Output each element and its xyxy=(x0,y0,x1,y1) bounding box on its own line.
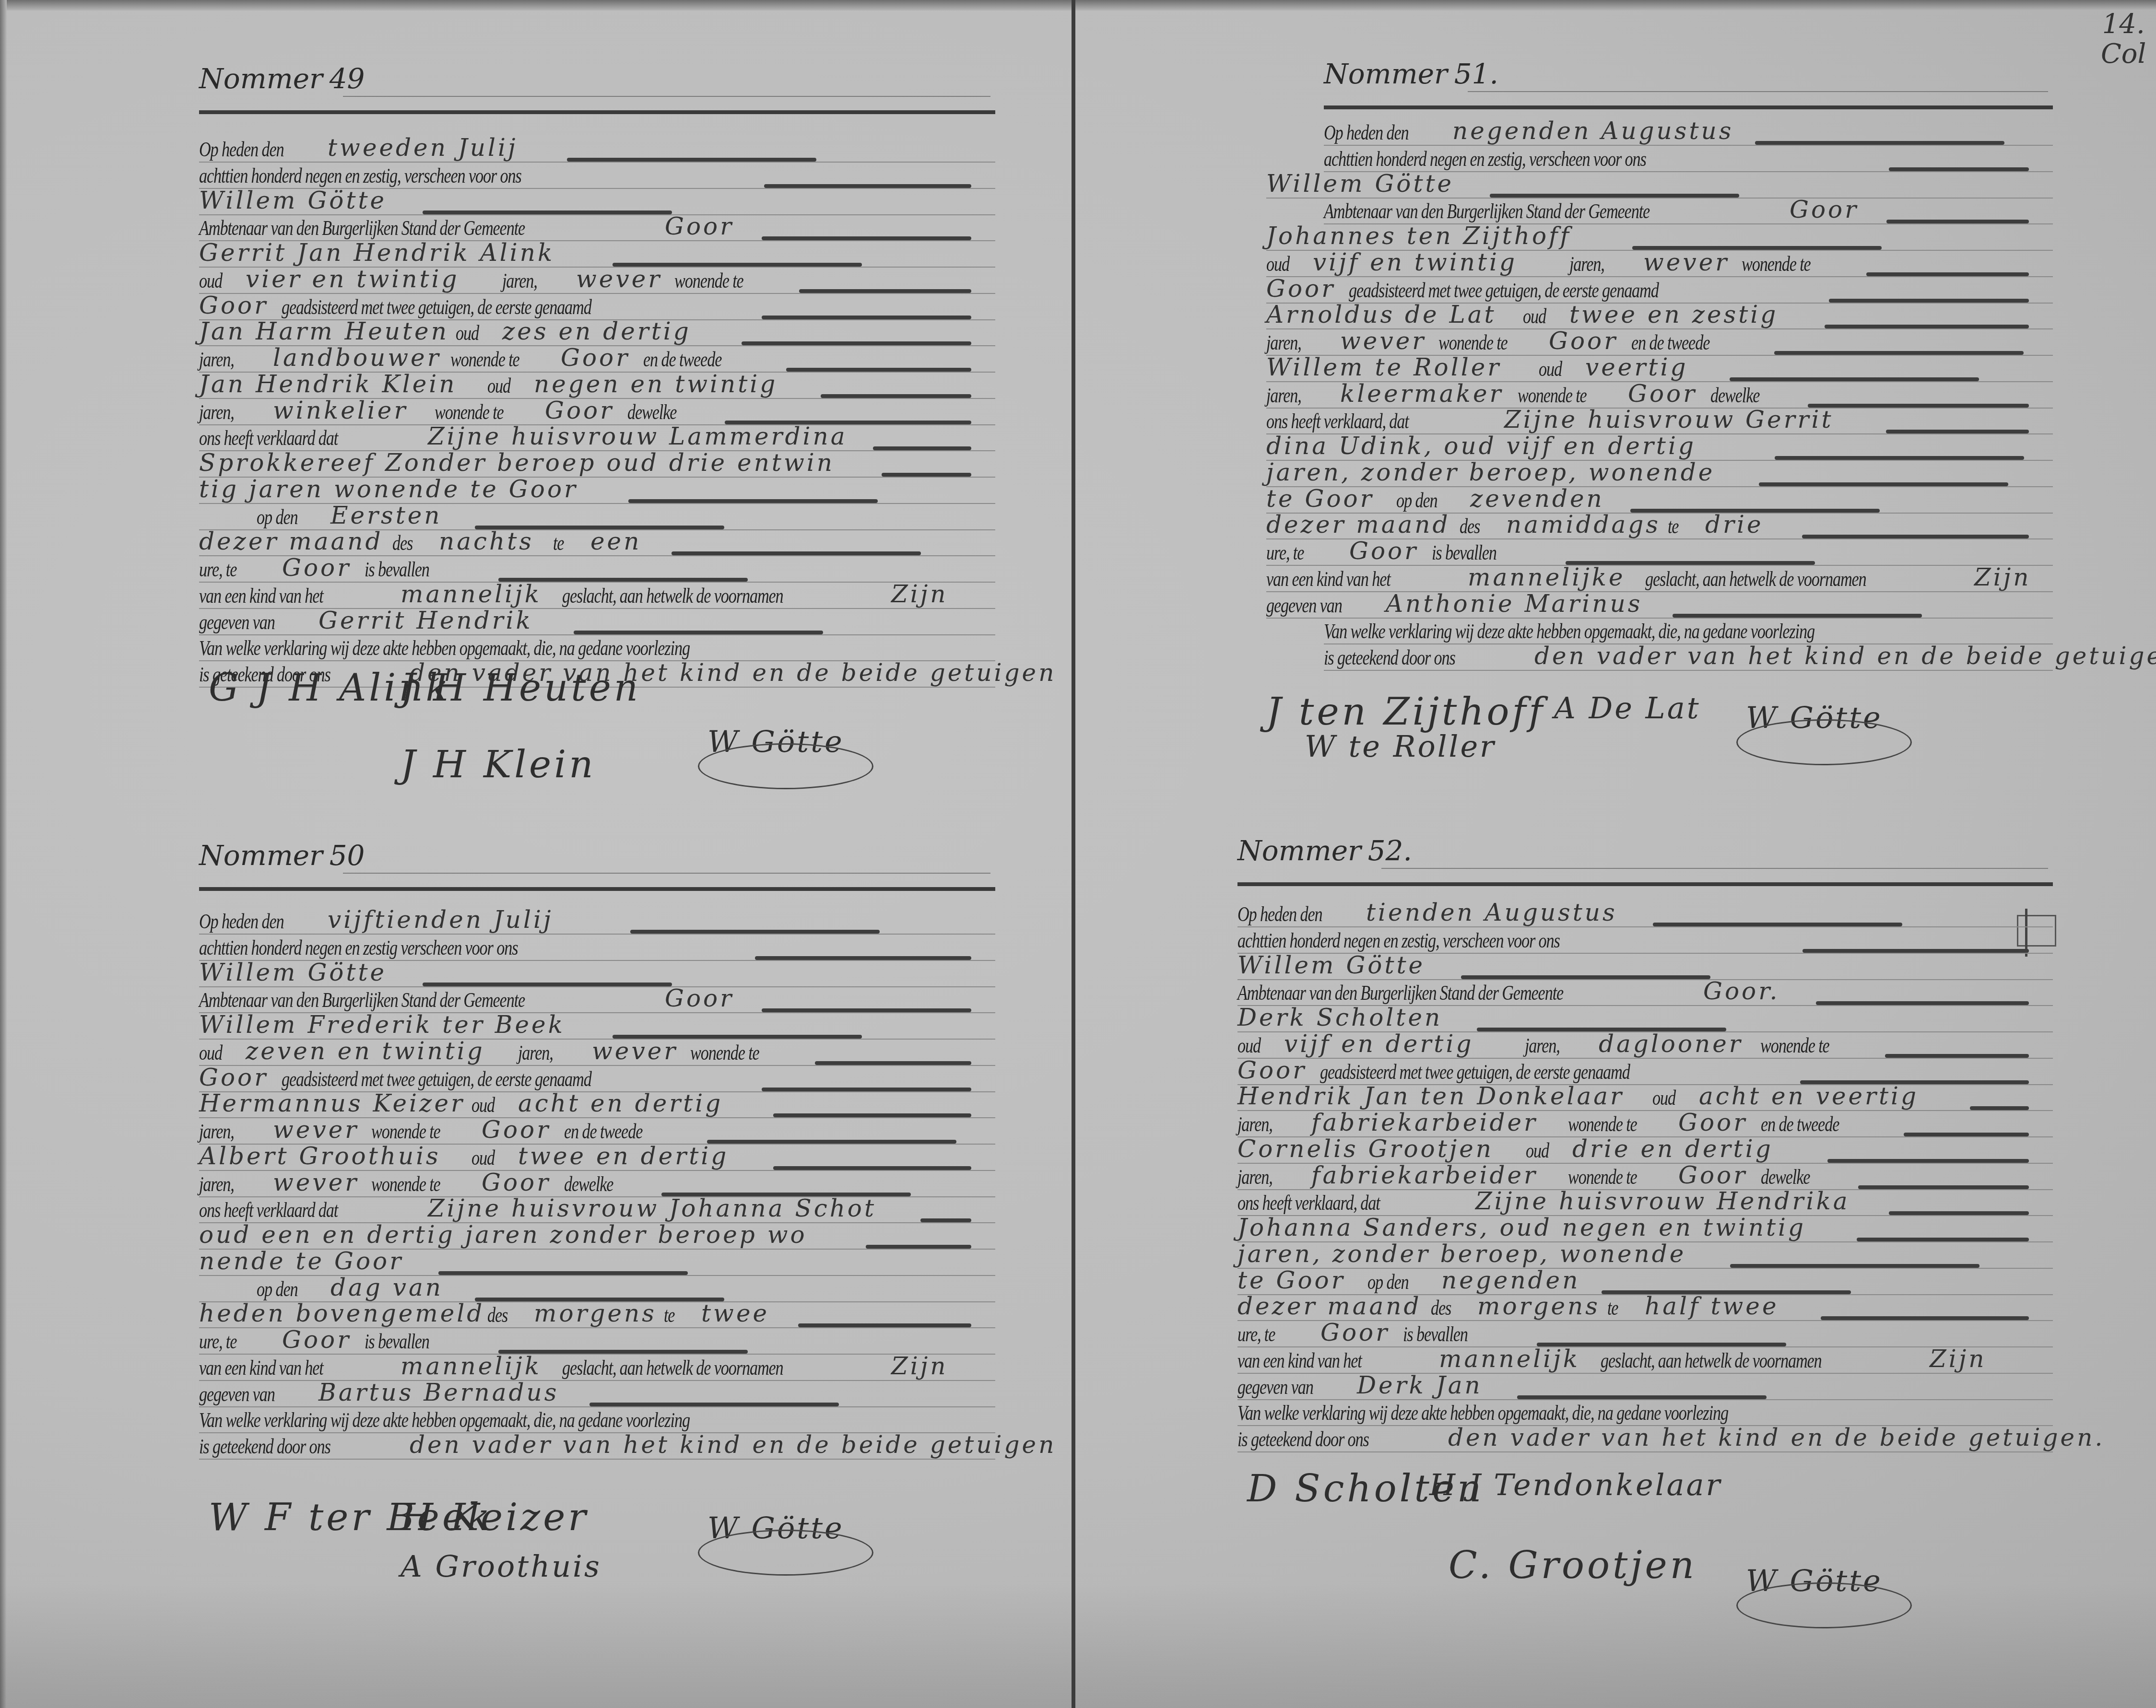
handwritten-text: Willem Frederik ter Beek xyxy=(199,1011,565,1039)
handwritten-text: wever xyxy=(273,1169,359,1196)
handwritten-text: vijftienden Julij xyxy=(328,906,554,934)
handwritten-text: Zijne huisvrouw Lammerdina xyxy=(428,422,847,450)
heading-label: Nommer xyxy=(1324,58,1448,90)
handwritten-text: zevenden xyxy=(1470,485,1604,513)
handwritten-text: Goor xyxy=(199,1064,268,1091)
handwritten-text: Cornelis Grootjen xyxy=(1237,1135,1494,1163)
register-line: is geteekend door onsden vader van het k… xyxy=(1237,1422,2053,1456)
heading-underline xyxy=(343,96,990,97)
heading-divider-rule xyxy=(199,887,995,891)
handwritten-text: Willem Götte xyxy=(199,959,387,986)
handwritten-text: namiddags xyxy=(1506,511,1661,538)
handwritten-text: Goor xyxy=(561,344,630,372)
handwritten-text: den vader van het kind en de beide getui… xyxy=(1534,642,2156,670)
record-heading: Nommer49 xyxy=(199,62,365,95)
handwritten-text: Gerrit Jan Hendrik Alink xyxy=(199,239,554,267)
handwritten-text: twee en zestig xyxy=(1569,301,1778,328)
handwritten-text: dezer maand xyxy=(1237,1292,1422,1320)
handwritten-text: winkelier xyxy=(273,397,408,424)
handwritten-text: negenden Augustus xyxy=(1452,117,1733,145)
heading-underline xyxy=(1468,91,2048,92)
left-edge-shadow xyxy=(0,0,7,1708)
handwritten-text: vijf en twintig xyxy=(1313,248,1517,276)
handwritten-text: jaren, zonder beroep, wonende xyxy=(1237,1240,1686,1268)
handwritten-text: dezer maand xyxy=(199,527,383,555)
heading-label: Nommer xyxy=(199,62,323,95)
heading-divider-rule xyxy=(1237,882,2053,886)
signature: A De Lat xyxy=(1554,690,1701,725)
handwritten-text: Eersten xyxy=(330,502,442,529)
top-edge-shadow xyxy=(0,0,2156,11)
handwritten-text: Goor xyxy=(1678,1161,1747,1189)
handwritten-text: Johanna Sanders, oud negen en twintig xyxy=(1237,1214,1806,1241)
signature-flourish xyxy=(698,743,873,789)
handwritten-text: mannelijk xyxy=(1439,1345,1580,1373)
register-spread: 14. Col Nommer49Op heden dentweeden Juli… xyxy=(0,0,2156,1708)
record-heading: Nommer50 xyxy=(199,839,365,872)
handwritten-text: mannelijke xyxy=(1468,563,1626,591)
ruled-line xyxy=(199,1459,995,1460)
handwritten-text: Willem te Roller xyxy=(1266,353,1501,381)
handwritten-text: half twee xyxy=(1645,1292,1779,1320)
handwritten-text: Goor xyxy=(1628,380,1697,408)
handwritten-text: Zijn xyxy=(1974,563,2031,591)
register-line: is geteekend door onsden vader van het k… xyxy=(199,1429,995,1463)
handwritten-text: twee en dertig xyxy=(518,1142,729,1170)
signature: J H Klein xyxy=(401,743,596,786)
handwritten-text: zes en dertig xyxy=(502,317,691,345)
handwritten-text: dag van xyxy=(330,1274,443,1301)
signature: J ten Zijthoff xyxy=(1266,690,1545,734)
heading-underline xyxy=(1381,868,2048,869)
handwritten-text: Anthonie Marinus xyxy=(1386,590,1642,618)
handwritten-text: Johannes ten Zijthoff xyxy=(1266,222,1571,250)
handwritten-text: veertig xyxy=(1585,353,1688,381)
handwritten-text: dezer maand xyxy=(1266,511,1450,538)
handwritten-text: Derk Scholten xyxy=(1237,1004,1442,1031)
handwritten-text: fabriekarbeider xyxy=(1311,1109,1538,1136)
handwritten-text: dina Udink, oud vijf en dertig xyxy=(1266,432,1696,460)
handwritten-text: negenden xyxy=(1441,1266,1580,1294)
record-heading: Nommer51. xyxy=(1324,58,1498,90)
handwritten-text: Goor xyxy=(1320,1319,1390,1346)
ruled-line xyxy=(1324,670,2053,671)
handwritten-text: Goor xyxy=(1678,1109,1747,1136)
handwritten-text: Derk Jan xyxy=(1357,1371,1483,1399)
handwritten-text: Jan Harm Heuten xyxy=(199,317,449,345)
handwritten-text: heden bovengemeld xyxy=(199,1299,484,1327)
heading-label: Nommer xyxy=(199,839,323,872)
handwritten-text: tienden Augustus xyxy=(1366,899,1617,926)
heading-divider-rule xyxy=(1324,105,2053,109)
handwritten-text: negen en twintig xyxy=(534,370,778,398)
handwritten-text: te Goor xyxy=(1237,1266,1345,1294)
register-line: is geteekend door onsden vader van het k… xyxy=(1324,640,2053,675)
handwritten-text: Goor xyxy=(1790,196,1859,223)
handwritten-text: Goor xyxy=(199,292,268,319)
signature-flourish xyxy=(698,1530,873,1576)
birth-record-51: Nommer51.Op heden dennegenden Augustusac… xyxy=(1237,43,2062,906)
handwritten-text: Goor xyxy=(1549,327,1618,355)
handwritten-text: drie xyxy=(1705,511,1764,538)
signature-flourish xyxy=(1736,1582,1912,1628)
column-mark: Col xyxy=(2101,39,2146,69)
handwritten-text: nachts xyxy=(439,527,534,555)
handwritten-text: Jan Hendrik Klein xyxy=(199,370,457,398)
handwritten-text: zeven en twintig xyxy=(246,1037,485,1065)
signature: C. Grootjen xyxy=(1449,1544,1697,1587)
signature: H Keizer xyxy=(401,1496,589,1539)
handwritten-text: jaren, zonder beroep, wonende xyxy=(1266,458,1715,486)
handwritten-text: acht en dertig xyxy=(518,1089,723,1117)
handwritten-text: Zijn xyxy=(1930,1345,1986,1373)
handwritten-text: landbouwer xyxy=(273,344,441,372)
handwritten-text: Sprokkereef Zonder beroep oud drie entwi… xyxy=(199,449,835,477)
handwritten-text: Hermannus Keizer xyxy=(199,1089,465,1117)
record-number: 52. xyxy=(1368,834,1412,867)
handwritten-text: nende te Goor xyxy=(199,1247,403,1275)
handwritten-text: een xyxy=(590,527,641,555)
page-gutter xyxy=(1072,0,1075,1708)
handwritten-text: Goor xyxy=(282,554,351,582)
handwritten-text: mannelijk xyxy=(401,580,542,608)
heading-label: Nommer xyxy=(1237,834,1361,867)
handwritten-text: Goor xyxy=(282,1326,351,1354)
handwritten-text: drie en dertig xyxy=(1572,1135,1773,1163)
handwritten-text: kleermaker xyxy=(1340,380,1503,408)
printed-text: is geteekend door ons xyxy=(1237,1427,1369,1451)
ruled-line xyxy=(1237,1451,2053,1452)
handwritten-text: Zijne huisvrouw Hendrika xyxy=(1475,1187,1850,1215)
handwritten-text: vier en twintig xyxy=(246,265,459,293)
birth-record-50: Nommer50Op heden denvijftienden Julijach… xyxy=(199,825,1005,1688)
handwritten-text: wever xyxy=(592,1037,678,1065)
handwritten-text: Goor xyxy=(482,1169,551,1196)
printed-text: is geteekend door ons xyxy=(1324,645,1455,670)
handwritten-text: twee xyxy=(701,1299,769,1327)
handwritten-text: Albert Groothuis xyxy=(199,1142,441,1170)
handwritten-text: wever xyxy=(1643,248,1729,276)
record-number: 50 xyxy=(330,839,365,872)
record-number: 51. xyxy=(1454,58,1498,90)
heading-underline xyxy=(343,873,990,874)
signature: A Groothuis xyxy=(401,1549,601,1584)
birth-record-49: Nommer49Op heden dentweeden Julijachttie… xyxy=(199,48,1005,911)
handwritten-text: mannelijk xyxy=(401,1352,542,1380)
record-heading: Nommer52. xyxy=(1237,834,1412,867)
signature: W te Roller xyxy=(1305,729,1496,764)
handwritten-text: wever xyxy=(576,265,662,293)
signature: H J Tendonkelaar xyxy=(1429,1467,1722,1502)
handwritten-text: Arnoldus de Lat xyxy=(1266,301,1496,328)
handwritten-text: fabriekarbeider xyxy=(1311,1161,1538,1189)
handwritten-text: Goor xyxy=(1349,537,1418,565)
handwritten-text: Goor. xyxy=(1703,977,1779,1005)
handwritten-text: den vader van het kind en de beide getui… xyxy=(410,1431,1056,1459)
handwritten-text: Willem Götte xyxy=(1237,951,1425,979)
record-number: 49 xyxy=(330,62,365,95)
handwritten-text: morgens xyxy=(1477,1292,1600,1320)
handwritten-text: tweeden Julij xyxy=(328,134,518,162)
handwritten-text: Hendrik Jan ten Donkelaar xyxy=(1237,1082,1624,1110)
handwritten-text: Goor xyxy=(545,397,614,424)
birth-record-52: Nommer52.Op heden dentienden Augustusach… xyxy=(1237,820,2062,1683)
page-number: 14. xyxy=(2101,10,2146,39)
handwritten-text: Goor xyxy=(665,984,734,1012)
handwritten-text: Zijne huisvrouw Johanna Schot xyxy=(428,1194,876,1222)
handwritten-text: te Goor xyxy=(1266,485,1374,513)
handwritten-text: Goor xyxy=(1266,275,1335,303)
handwritten-text: acht en veertig xyxy=(1699,1082,1919,1110)
handwritten-text: tig jaren wonende te Goor xyxy=(199,475,578,503)
handwritten-text: wever xyxy=(273,1116,359,1144)
handwritten-text: den vader van het kind en de beide getui… xyxy=(1448,1424,2105,1451)
handwritten-text: Goor xyxy=(1237,1056,1307,1084)
handwritten-text: Zijn xyxy=(891,580,948,608)
handwritten-text: Willem Götte xyxy=(1266,170,1454,198)
handwritten-text: Goor xyxy=(665,212,734,240)
signature-flourish xyxy=(1736,719,1912,765)
handwritten-text: Zijne huisvrouw Gerrit xyxy=(1504,406,1834,433)
handwritten-text: Bartus Bernadus xyxy=(318,1379,559,1406)
handwritten-text: morgens xyxy=(534,1299,657,1327)
handwritten-text: vijf en dertig xyxy=(1284,1030,1473,1058)
signature: J H Heuten xyxy=(401,667,641,710)
handwritten-text: Zijn xyxy=(891,1352,948,1380)
printed-text: is geteekend door ons xyxy=(199,1434,330,1459)
heading-divider-rule xyxy=(199,110,995,114)
handwritten-text: Gerrit Hendrik xyxy=(318,607,533,634)
handwritten-text: oud een en dertig jaren zonder beroep wo xyxy=(199,1221,807,1249)
handwritten-text: Willem Götte xyxy=(199,187,387,214)
handwritten-text: wever xyxy=(1340,327,1426,355)
handwritten-text: daglooner xyxy=(1599,1030,1743,1058)
page-number-mark: 14. Col xyxy=(2101,10,2146,69)
handwritten-text: Goor xyxy=(482,1116,551,1144)
